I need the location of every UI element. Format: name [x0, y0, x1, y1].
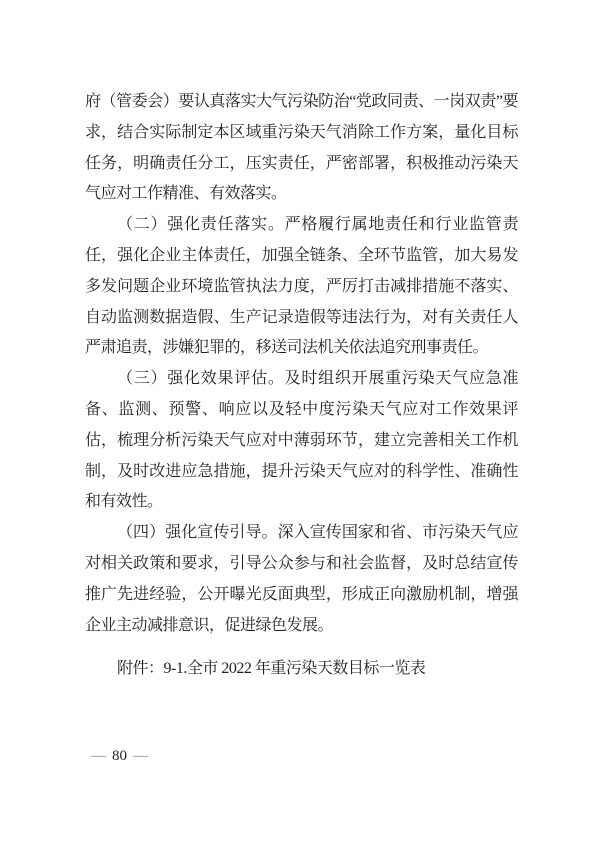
page-number-value: 80: [112, 748, 127, 764]
document-body: 府（管委会）要认真落实大气污染防治“党政同责、一岗双责”要求，结合实际制定本区域…: [85, 87, 518, 685]
paragraph-section-4-publicity: （四）强化宣传引导。深入宣传国家和省、市污染天气应对相关政策和要求，引导公众参与…: [85, 518, 518, 641]
document-page: 府（管委会）要认真落实大气污染防治“党政同责、一岗双责”要求，结合实际制定本区域…: [0, 0, 600, 848]
attachment-note: 附件：9-1.全市 2022 年重污染天数目标一览表: [85, 654, 518, 685]
page-number-dash-right: —: [127, 748, 154, 764]
page-number: —80—: [85, 748, 154, 765]
paragraph-section-2-responsibility: （二）强化责任落实。严格履行属地责任和行业监管责任，强化企业主体责任，加强全链条…: [85, 210, 518, 364]
paragraph-continuation: 府（管委会）要认真落实大气污染防治“党政同责、一岗双责”要求，结合实际制定本区域…: [85, 87, 518, 210]
page-number-dash-left: —: [85, 748, 112, 764]
paragraph-section-3-evaluation: （三）强化效果评估。及时组织开展重污染天气应急准备、监测、预警、响应以及轻中度污…: [85, 364, 518, 518]
